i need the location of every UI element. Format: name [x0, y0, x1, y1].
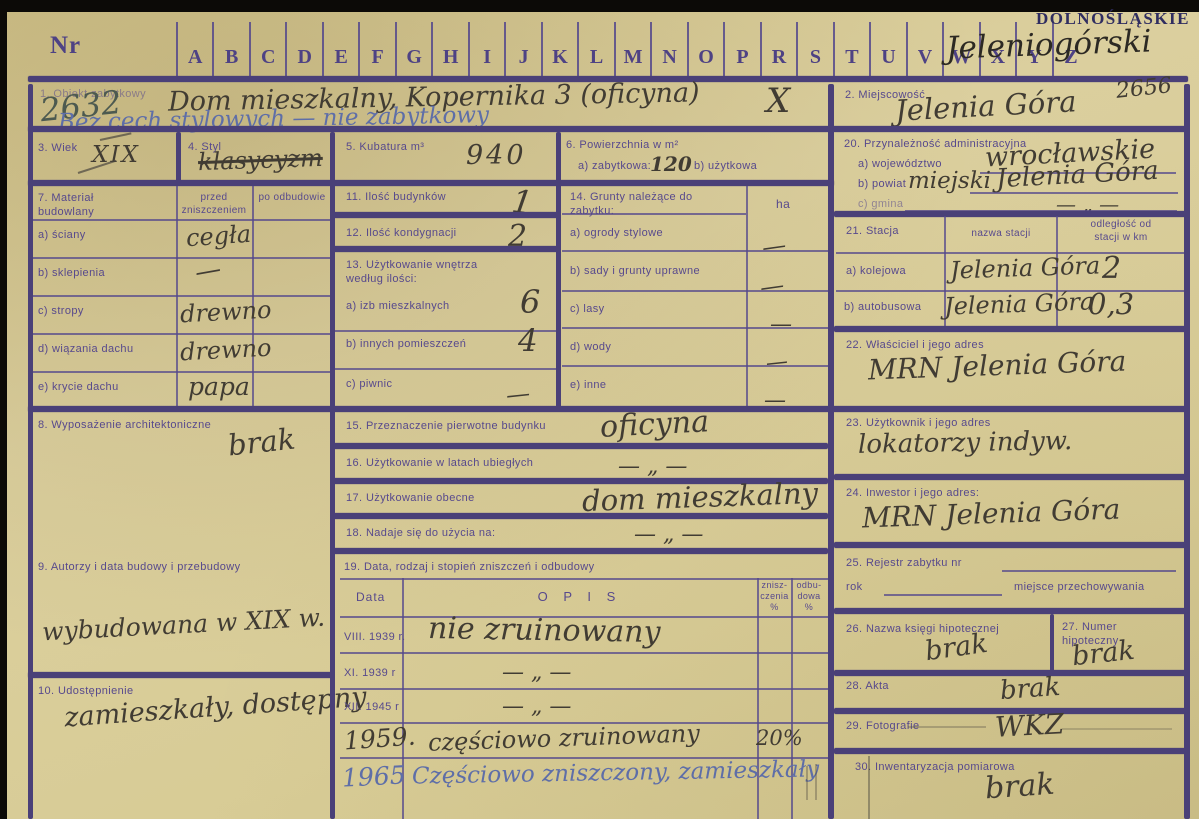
s7-row-label: c) stropy: [38, 304, 84, 318]
s14-row-value-hw: —: [758, 272, 785, 299]
s6-b-label: b) użytkowa: [694, 159, 757, 173]
s26-value-hw: brak: [923, 630, 989, 665]
s5-label: 5. Kubatura m³: [346, 140, 424, 154]
s21-row-dist-hw: 2: [1102, 254, 1121, 284]
s19-row-date-hw: 1965: [341, 762, 406, 790]
s12-label: 12. Ilość kondygnacji: [346, 226, 457, 240]
s14-row-value-hw: —: [770, 314, 792, 336]
grid-line: [30, 371, 332, 373]
alphabet-letter-N: N: [650, 22, 686, 76]
s19-col-rebuilt: odbu- dowa %: [792, 580, 826, 612]
s8-label: 8. Wyposażenie architektoniczne: [38, 418, 211, 432]
grid-line: [746, 186, 748, 406]
s7-row-label: e) krycie dachu: [38, 380, 119, 394]
alphabet-letter-F: F: [358, 22, 394, 76]
grid-line: [340, 578, 828, 580]
s13-row-value-hw: 6: [520, 286, 540, 318]
s15-value-hw: oficyna: [599, 407, 709, 443]
s1-mark-hw: X: [766, 84, 790, 118]
s16-label: 16. Użytkowanie w latach ubiegłych: [346, 456, 533, 470]
s13-label: 13. Użytkowanie wnętrza według ilości:: [346, 258, 477, 287]
rule: [834, 748, 1188, 754]
alphabet-letter-I: I: [468, 22, 504, 76]
s14-row-label: d) wody: [570, 340, 611, 354]
s20-c-label: c) gmina: [858, 197, 903, 211]
scan-edge-left: [0, 12, 7, 819]
s19-row-date: XII. 1945 r: [344, 700, 399, 714]
s7-row-value-hw: —: [193, 256, 223, 286]
s7-col-before: przed zniszczeniem: [178, 191, 250, 217]
s25-rok-label: rok: [846, 580, 862, 594]
alphabet-letter-M: M: [614, 22, 650, 76]
grid-line: [340, 652, 828, 654]
s19-row-desc-hw: — „ —: [502, 662, 571, 684]
s29-value-hw: WKZ: [994, 710, 1065, 742]
s14-row-label: a) ogrody stylowe: [570, 226, 663, 240]
s7-row-value-hw: cegła: [185, 222, 252, 250]
s19-row-date: VIII. 1939 r.: [344, 630, 405, 644]
s11-label: 11. Ilość budynków: [346, 190, 446, 204]
s19-label: 19. Data, rodzaj i stopień zniszczeń i o…: [344, 560, 595, 574]
s14-row-label: e) inne: [570, 378, 606, 392]
s14-unit: ha: [776, 197, 790, 213]
divider: [176, 132, 181, 184]
s7-row-value-hw: drewno: [179, 298, 272, 327]
rule: [834, 211, 1188, 217]
district-handwritten: Jeleniogórski: [946, 26, 1152, 64]
frame-right: [1184, 84, 1190, 819]
alphabet-letter-H: H: [431, 22, 467, 76]
s20-b-prefix-hw: miejski: [908, 170, 991, 193]
s21-row-label: a) kolejowa: [846, 264, 906, 278]
s7-row-value-hw: drewno: [179, 336, 272, 365]
s19-col-desc: O P I S: [402, 589, 757, 606]
s6-a-label: a) zabytkowa:: [578, 159, 651, 173]
s17-label: 17. Użytkowanie obecne: [346, 491, 475, 505]
s7-row-label: b) sklepienia: [38, 266, 105, 280]
s15-label: 15. Przeznaczenie pierwotne budynku: [346, 419, 546, 433]
s25-label: 25. Rejestr zabytku nr: [846, 556, 962, 570]
s19-row-date: XI. 1939 r: [344, 666, 396, 680]
alphabet-letter-O: O: [687, 22, 723, 76]
s5-value-hw: 940: [466, 142, 527, 169]
s7-row-label: a) ściany: [38, 228, 86, 242]
rule: [834, 326, 1188, 332]
s7-row-label: d) wiązania dachu: [38, 342, 133, 356]
divider: [1050, 614, 1054, 672]
frame-mid-left: [330, 132, 335, 819]
pencil-stroke: [1062, 728, 1172, 730]
alphabet-letter-A: A: [176, 22, 212, 76]
s17-value-hw: dom mieszkalny: [582, 479, 819, 516]
alphabet-letter-V: V: [906, 22, 942, 76]
s19-row-desc-hw: nie zruinowany: [428, 614, 661, 648]
rule: [332, 212, 558, 218]
s2-number-hw: 2656: [1115, 75, 1173, 103]
s21-label: 21. Stacja: [846, 224, 899, 238]
rule: [332, 548, 828, 554]
frame-mid-right: [828, 84, 834, 819]
s21-col-name: nazwa stacji: [948, 227, 1054, 240]
alphabet-letter-T: T: [833, 22, 869, 76]
s3-value-hw: XIX: [92, 144, 140, 167]
s21-row-name-hw: Jelenia Góra: [944, 289, 1095, 318]
s21-row-dist-hw: 0,3: [1088, 290, 1134, 319]
grid-line: [30, 295, 332, 297]
s13-row-value-hw: 4: [518, 326, 538, 357]
alphabet-letter-S: S: [796, 22, 832, 76]
s28-value-hw: brak: [999, 674, 1061, 704]
writing-line: [1002, 570, 1176, 572]
heritage-record-card-scan: Nr ABCDEFGHIJKLMNOPRSTUVWXYZ DOLNOŚLĄSKI…: [0, 0, 1199, 819]
grid-line: [30, 333, 332, 335]
s28-label: 28. Akta: [846, 679, 889, 693]
alphabet-letter-J: J: [504, 22, 540, 76]
writing-line: [884, 594, 1002, 596]
s18-value-hw: — „ —: [634, 524, 703, 546]
grid-line: [334, 368, 556, 370]
s4-value-struck-hw: klasycyzm: [198, 146, 324, 174]
s27-value-hw: brak: [1071, 637, 1136, 670]
s6-label: 6. Powierzchnia w m²: [566, 138, 679, 152]
s7-label: 7. Materiał budowlany: [38, 191, 153, 220]
rule: [834, 542, 1188, 548]
alphabet-letter-U: U: [869, 22, 905, 76]
pencil-stroke: [806, 766, 808, 800]
rule: [28, 180, 834, 186]
s9-label: 9. Autorzy i data budowy i przebudowy: [38, 560, 241, 574]
alphabet-letter-R: R: [760, 22, 796, 76]
s13-row-value-hw: —: [505, 381, 531, 407]
s14-row-value-hw: —: [760, 232, 787, 259]
s13-row-label: b) innych pomieszczeń: [346, 337, 466, 351]
rule: [28, 672, 334, 678]
alphabet-letter-L: L: [577, 22, 613, 76]
s8-value-hw: brak: [227, 425, 297, 461]
grid-line: [562, 250, 828, 252]
nr-label: Nr: [50, 32, 81, 60]
s19-row-destr-hw: 20%: [756, 728, 803, 749]
s19-col-date: Data: [356, 590, 385, 606]
rule: [834, 474, 1188, 480]
grid-line: [30, 257, 332, 259]
s7-row-value-hw: papa: [188, 374, 250, 399]
s18-label: 18. Nadaje się do użycia na:: [346, 526, 495, 540]
s3-label: 3. Wiek: [38, 141, 77, 155]
alphabet-letter-B: B: [212, 22, 248, 76]
pencil-stroke: [908, 726, 986, 728]
alphabet-letter-D: D: [285, 22, 321, 76]
rule: [28, 126, 1188, 132]
alphabet-letter-C: C: [249, 22, 285, 76]
s7-col-after: po odbudowie: [254, 191, 330, 204]
rule: [332, 246, 558, 252]
s19-col-destr: znisz- czenia %: [758, 580, 791, 612]
s20-b-label: b) powiat: [858, 177, 906, 191]
s13-row-label: c) piwnic: [346, 377, 392, 391]
s6-a-value-hw: 120: [650, 154, 692, 174]
alphabet-letter-G: G: [395, 22, 431, 76]
s13-row-label: a) izb mieszkalnych: [346, 299, 450, 313]
s21-row-name-hw: Jelenia Góra: [950, 253, 1101, 282]
s19-row-desc-hw: — „ —: [502, 696, 571, 718]
frame-left: [28, 84, 33, 819]
s30-value-hw: brak: [984, 770, 1056, 805]
s14-row-value-hw: —: [765, 351, 789, 375]
s14-row-label: b) sady i grunty uprawne: [570, 264, 700, 278]
s14-row-label: c) lasy: [570, 302, 605, 316]
s21-col-dist: odległość od stacji w km: [1058, 218, 1184, 244]
s25-miejsce-label: miejsce przechowywania: [1014, 580, 1144, 594]
pencil-stroke: [815, 764, 817, 800]
s16-value-hw: — „ —: [618, 456, 687, 478]
s19-row-date-hw: 1959.: [343, 724, 416, 754]
s23-value-hw: lokatorzy indyw.: [858, 428, 1073, 458]
s21-row-label: b) autobusowa: [844, 300, 921, 314]
alphabet-letter-E: E: [322, 22, 358, 76]
rule: [332, 513, 828, 519]
rule: [834, 608, 1188, 614]
grid-line: [340, 688, 828, 690]
frame-mid: [556, 132, 561, 408]
s10-label: 10. Udostępnienie: [38, 684, 133, 698]
alphabet-letter-K: K: [541, 22, 577, 76]
rule: [332, 443, 828, 449]
alphabet-letter-P: P: [723, 22, 759, 76]
grid-line: [562, 213, 746, 215]
grid-line: [562, 290, 828, 292]
pencil-stroke: [868, 756, 870, 819]
grid-line: [30, 219, 332, 221]
